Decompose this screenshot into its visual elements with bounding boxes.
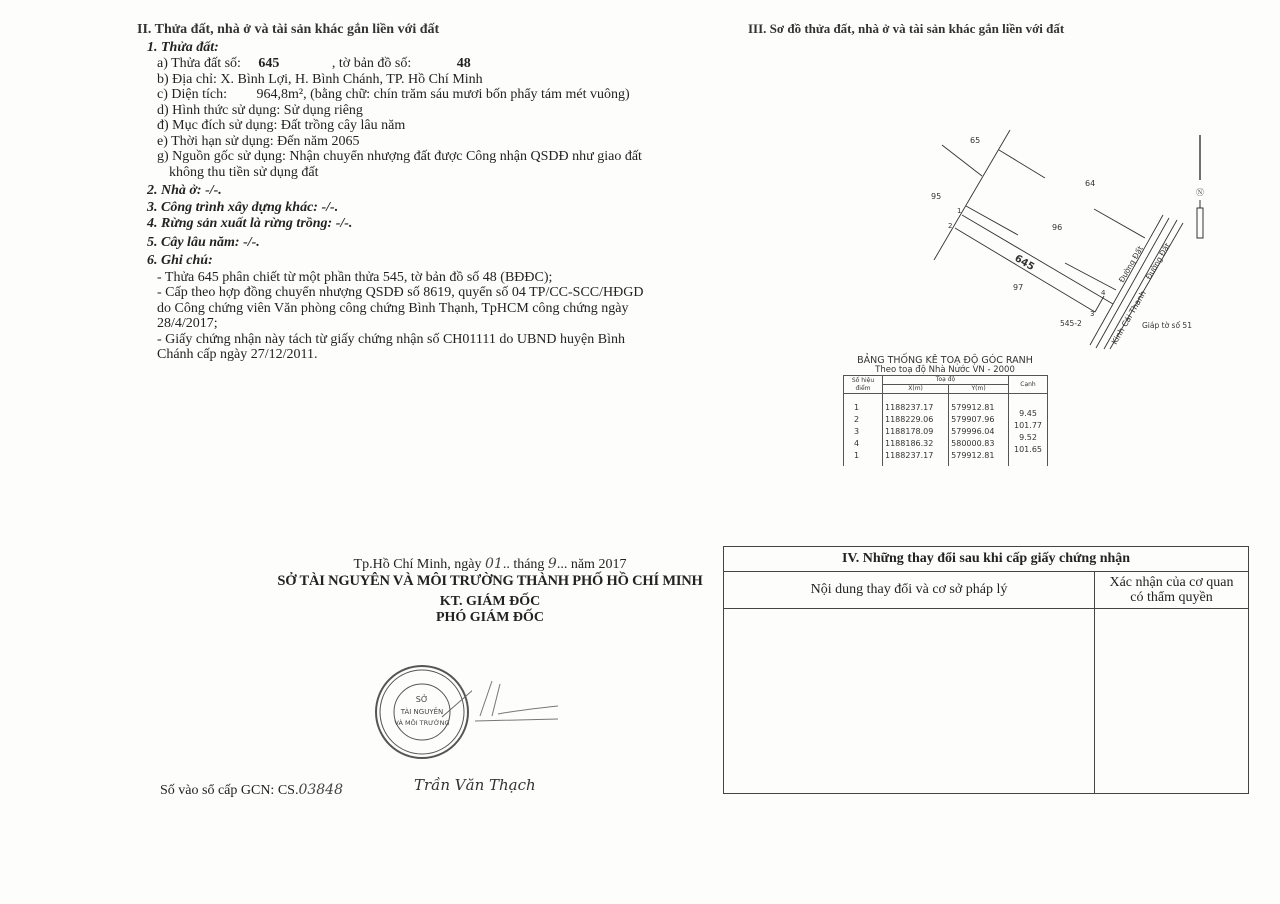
neighbor-65: 65 bbox=[970, 136, 980, 145]
svg-text:TÀI NGUYÊN: TÀI NGUYÊN bbox=[400, 707, 444, 716]
note: - Thửa 645 phân chiết từ một phần thửa 5… bbox=[137, 270, 657, 286]
col-y: Y(m) bbox=[949, 385, 1009, 394]
signature-block: Tp.Hồ Chí Minh, ngày 01.. tháng 9... năm… bbox=[270, 556, 710, 626]
parcel-number: 645 bbox=[244, 56, 328, 72]
registration-number: Số vào sổ cấp GCN: CS.03848 bbox=[160, 782, 343, 799]
section-2-title: II. Thửa đất, nhà ở và tài sản khác gắn … bbox=[137, 22, 657, 38]
svg-text:4: 4 bbox=[1101, 289, 1106, 297]
area-value: 964,8m², (bằng chữ: chín trăm sáu mươi b… bbox=[230, 87, 629, 102]
svg-text:1: 1 bbox=[957, 207, 961, 215]
coord-table-subtitle: Theo toạ độ Nhà Nước VN - 2000 bbox=[838, 366, 1052, 375]
note: - Giấy chứng nhận này tách từ giấy chứng… bbox=[137, 332, 657, 348]
year-label: năm bbox=[571, 557, 595, 572]
svg-text:3: 3 bbox=[1090, 310, 1094, 318]
house: 2. Nhà ở: -/-. bbox=[137, 183, 657, 200]
edge-lengths: 9.45101.779.52101.65 bbox=[1009, 394, 1048, 467]
col-authority-confirmation: Xác nhận của cơ quan có thẩm quyền bbox=[1095, 572, 1248, 608]
svg-text:Kinh Cái Thanh: Kinh Cái Thanh bbox=[1110, 289, 1148, 346]
col-point: Số hiệu điểm bbox=[844, 376, 883, 394]
coordinate-grid: Số hiệu điểm Toạ độ Cạnh X(m) Y(m) 12341… bbox=[843, 375, 1048, 466]
parcel-sketch-map: 65 95 64 96 97 1 2 3 4 545-2 Giáp tờ số … bbox=[920, 120, 1220, 350]
neighbor-95: 95 bbox=[931, 192, 941, 201]
col-edge: Cạnh bbox=[1009, 376, 1048, 394]
signer-role-2: PHÓ GIÁM ĐỐC bbox=[270, 610, 710, 626]
svg-text:2: 2 bbox=[948, 222, 952, 230]
svg-text:Đường Đất: Đường Đất bbox=[1144, 241, 1172, 281]
usage-form: d) Hình thức sử dụng: Sử dụng riêng bbox=[137, 103, 657, 119]
map-sheet-label: , tờ bản đồ số: bbox=[332, 56, 411, 71]
col-x: X(m) bbox=[883, 385, 949, 394]
svg-text:Giáp tờ số 51: Giáp tờ số 51 bbox=[1142, 321, 1192, 330]
note: do Công chứng viên Văn phòng công chứng … bbox=[137, 301, 657, 317]
parcel-heading: 1. Thửa đất: bbox=[137, 40, 657, 56]
date-month: 9 bbox=[548, 556, 557, 572]
note: - Cấp theo hợp đồng chuyển nhượng QSDĐ s… bbox=[137, 285, 657, 301]
usage-origin: g) Nguồn gốc sử dụng: Nhận chuyển nhượng… bbox=[137, 149, 657, 165]
x-values: 1188237.171188229.061188178.091188186.32… bbox=[883, 394, 949, 467]
svg-text:SỞ: SỞ bbox=[416, 693, 428, 704]
neighbor-97: 97 bbox=[1013, 283, 1023, 292]
svg-text:VÀ MÔI TRƯỜNG: VÀ MÔI TRƯỜNG bbox=[394, 718, 449, 727]
month-label: tháng bbox=[513, 557, 544, 572]
map-sheet-number: 48 bbox=[415, 56, 471, 71]
neighbor-96: 96 bbox=[1052, 223, 1062, 232]
address: b) Địa chỉ: X. Bình Lợi, H. Bình Chánh, … bbox=[137, 72, 657, 88]
date-prefix: Tp.Hồ Chí Minh, ngày bbox=[354, 557, 482, 572]
official-stamp-icon: SỞ TÀI NGUYÊN VÀ MÔI TRƯỜNG bbox=[372, 662, 472, 762]
date-day: 01 bbox=[485, 556, 503, 572]
signer-role-1: KT. GIÁM ĐỐC bbox=[270, 594, 710, 610]
other-construction: 3. Công trình xây dựng khác: -/-. bbox=[137, 200, 657, 217]
change-content-cell bbox=[724, 609, 1095, 793]
registration-label: Số vào sổ cấp GCN: CS. bbox=[160, 783, 298, 798]
usage-purpose: đ) Mục đích sử dụng: Đất trồng cây lâu n… bbox=[137, 118, 657, 134]
parcel-number-label: a) Thửa đất số: bbox=[157, 56, 241, 71]
date-year: 2017 bbox=[598, 557, 626, 572]
issue-date: Tp.Hồ Chí Minh, ngày 01.. tháng 9... năm… bbox=[270, 556, 710, 573]
svg-text:Ⓝ: Ⓝ bbox=[1196, 188, 1204, 197]
section-4-title: IV. Những thay đổi sau khi cấp giấy chứn… bbox=[724, 547, 1248, 572]
perennial: 5. Cây lâu năm: -/-. bbox=[137, 235, 657, 252]
y-values: 579912.81579907.96579996.04580000.835799… bbox=[949, 394, 1009, 467]
svg-text:545-2: 545-2 bbox=[1060, 319, 1082, 328]
point-ids: 12341 bbox=[844, 394, 883, 467]
coordinate-table: BẢNG THỐNG KÊ TOẠ ĐỘ GÓC RANH Theo toạ đ… bbox=[838, 356, 1052, 466]
area-row: c) Diện tích: 964,8m², (bằng chữ: chín t… bbox=[137, 87, 657, 103]
handwritten-signature-icon bbox=[470, 676, 560, 726]
parcel-number-row: a) Thửa đất số: 645 , tờ bản đồ số: 48 bbox=[137, 56, 657, 72]
notes-heading: 6. Ghi chú: bbox=[137, 253, 657, 270]
col-authority-line2: có thẩm quyền bbox=[1095, 590, 1248, 605]
authority-cell bbox=[1095, 609, 1248, 793]
col-authority-line1: Xác nhận của cơ quan bbox=[1095, 575, 1248, 590]
neighbor-64: 64 bbox=[1085, 179, 1095, 188]
note: Chánh cấp ngày 27/12/2011. bbox=[137, 347, 657, 363]
section-3-title: III. Sơ đồ thửa đất, nhà ở và tài sản kh… bbox=[748, 21, 1064, 37]
area-label: c) Diện tích: bbox=[157, 87, 227, 102]
usage-origin-cont: không thu tiền sử dụng đất bbox=[137, 165, 657, 181]
col-coord: Toạ độ bbox=[883, 376, 1009, 385]
changes-table: IV. Những thay đổi sau khi cấp giấy chứn… bbox=[723, 546, 1249, 794]
note: 28/4/2017; bbox=[137, 316, 657, 332]
forest: 4. Rừng sản xuất là rừng trồng: -/-. bbox=[137, 216, 657, 233]
issuing-org: SỞ TÀI NGUYÊN VÀ MÔI TRƯỜNG THÀNH PHỐ HỒ… bbox=[270, 573, 710, 590]
signer-name: Trần Văn Thạch bbox=[414, 776, 536, 794]
svg-text:Đường Đất: Đường Đất bbox=[1117, 244, 1145, 284]
section-land-info: II. Thửa đất, nhà ở và tài sản khác gắn … bbox=[137, 22, 657, 363]
usage-term: e) Thời hạn sử dụng: Đến năm 2065 bbox=[137, 134, 657, 150]
registration-value: 03848 bbox=[298, 782, 343, 798]
col-change-content: Nội dung thay đổi và cơ sở pháp lý bbox=[724, 572, 1095, 608]
